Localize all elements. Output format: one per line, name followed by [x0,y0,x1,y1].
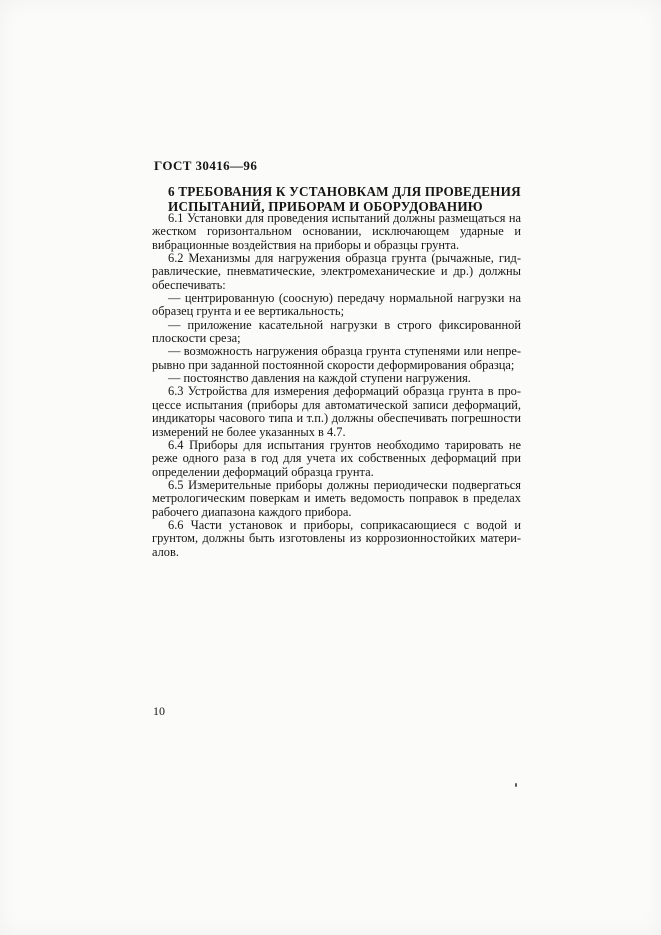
paragraph: 6.2 Механизмы для нагружения образца гру… [152,252,521,292]
document-page: ГОСТ 30416—96 6 ТРЕБОВАНИЯ К УСТАНОВКАМ … [0,0,661,935]
paragraph: 6.1 Установки для проведения испытаний д… [152,212,521,252]
paragraph: 6.3 Устройства для измерения деформаций … [152,385,521,438]
paragraph: 6.4 Приборы для испытания грунтов необхо… [152,439,521,479]
body-text: 6.1 Установки для проведения испытаний д… [152,212,521,559]
paragraph: 6.6 Части установок и приборы, соприкаса… [152,519,521,559]
paragraph: — постоянство давления на каждой ступени… [152,372,521,385]
paragraph: — центрированную (соосную) передачу норм… [152,292,521,319]
paragraph: — приложение касательной нагрузки в стро… [152,319,521,346]
doc-number: ГОСТ 30416—96 [154,158,257,174]
section-heading: 6 ТРЕБОВАНИЯ К УСТАНОВКАМ ДЛЯ ПРОВЕДЕНИЯ… [168,184,524,214]
section-heading-line1: 6 ТРЕБОВАНИЯ К УСТАНОВКАМ ДЛЯ ПРОВЕДЕНИЯ [168,184,521,199]
paragraph: 6.5 Измерительные приборы должны периоди… [152,479,521,519]
paragraph: — возможность нагружения образца грунта … [152,345,521,372]
page-number: 10 [153,704,165,719]
scan-artifact-dot [515,783,517,787]
